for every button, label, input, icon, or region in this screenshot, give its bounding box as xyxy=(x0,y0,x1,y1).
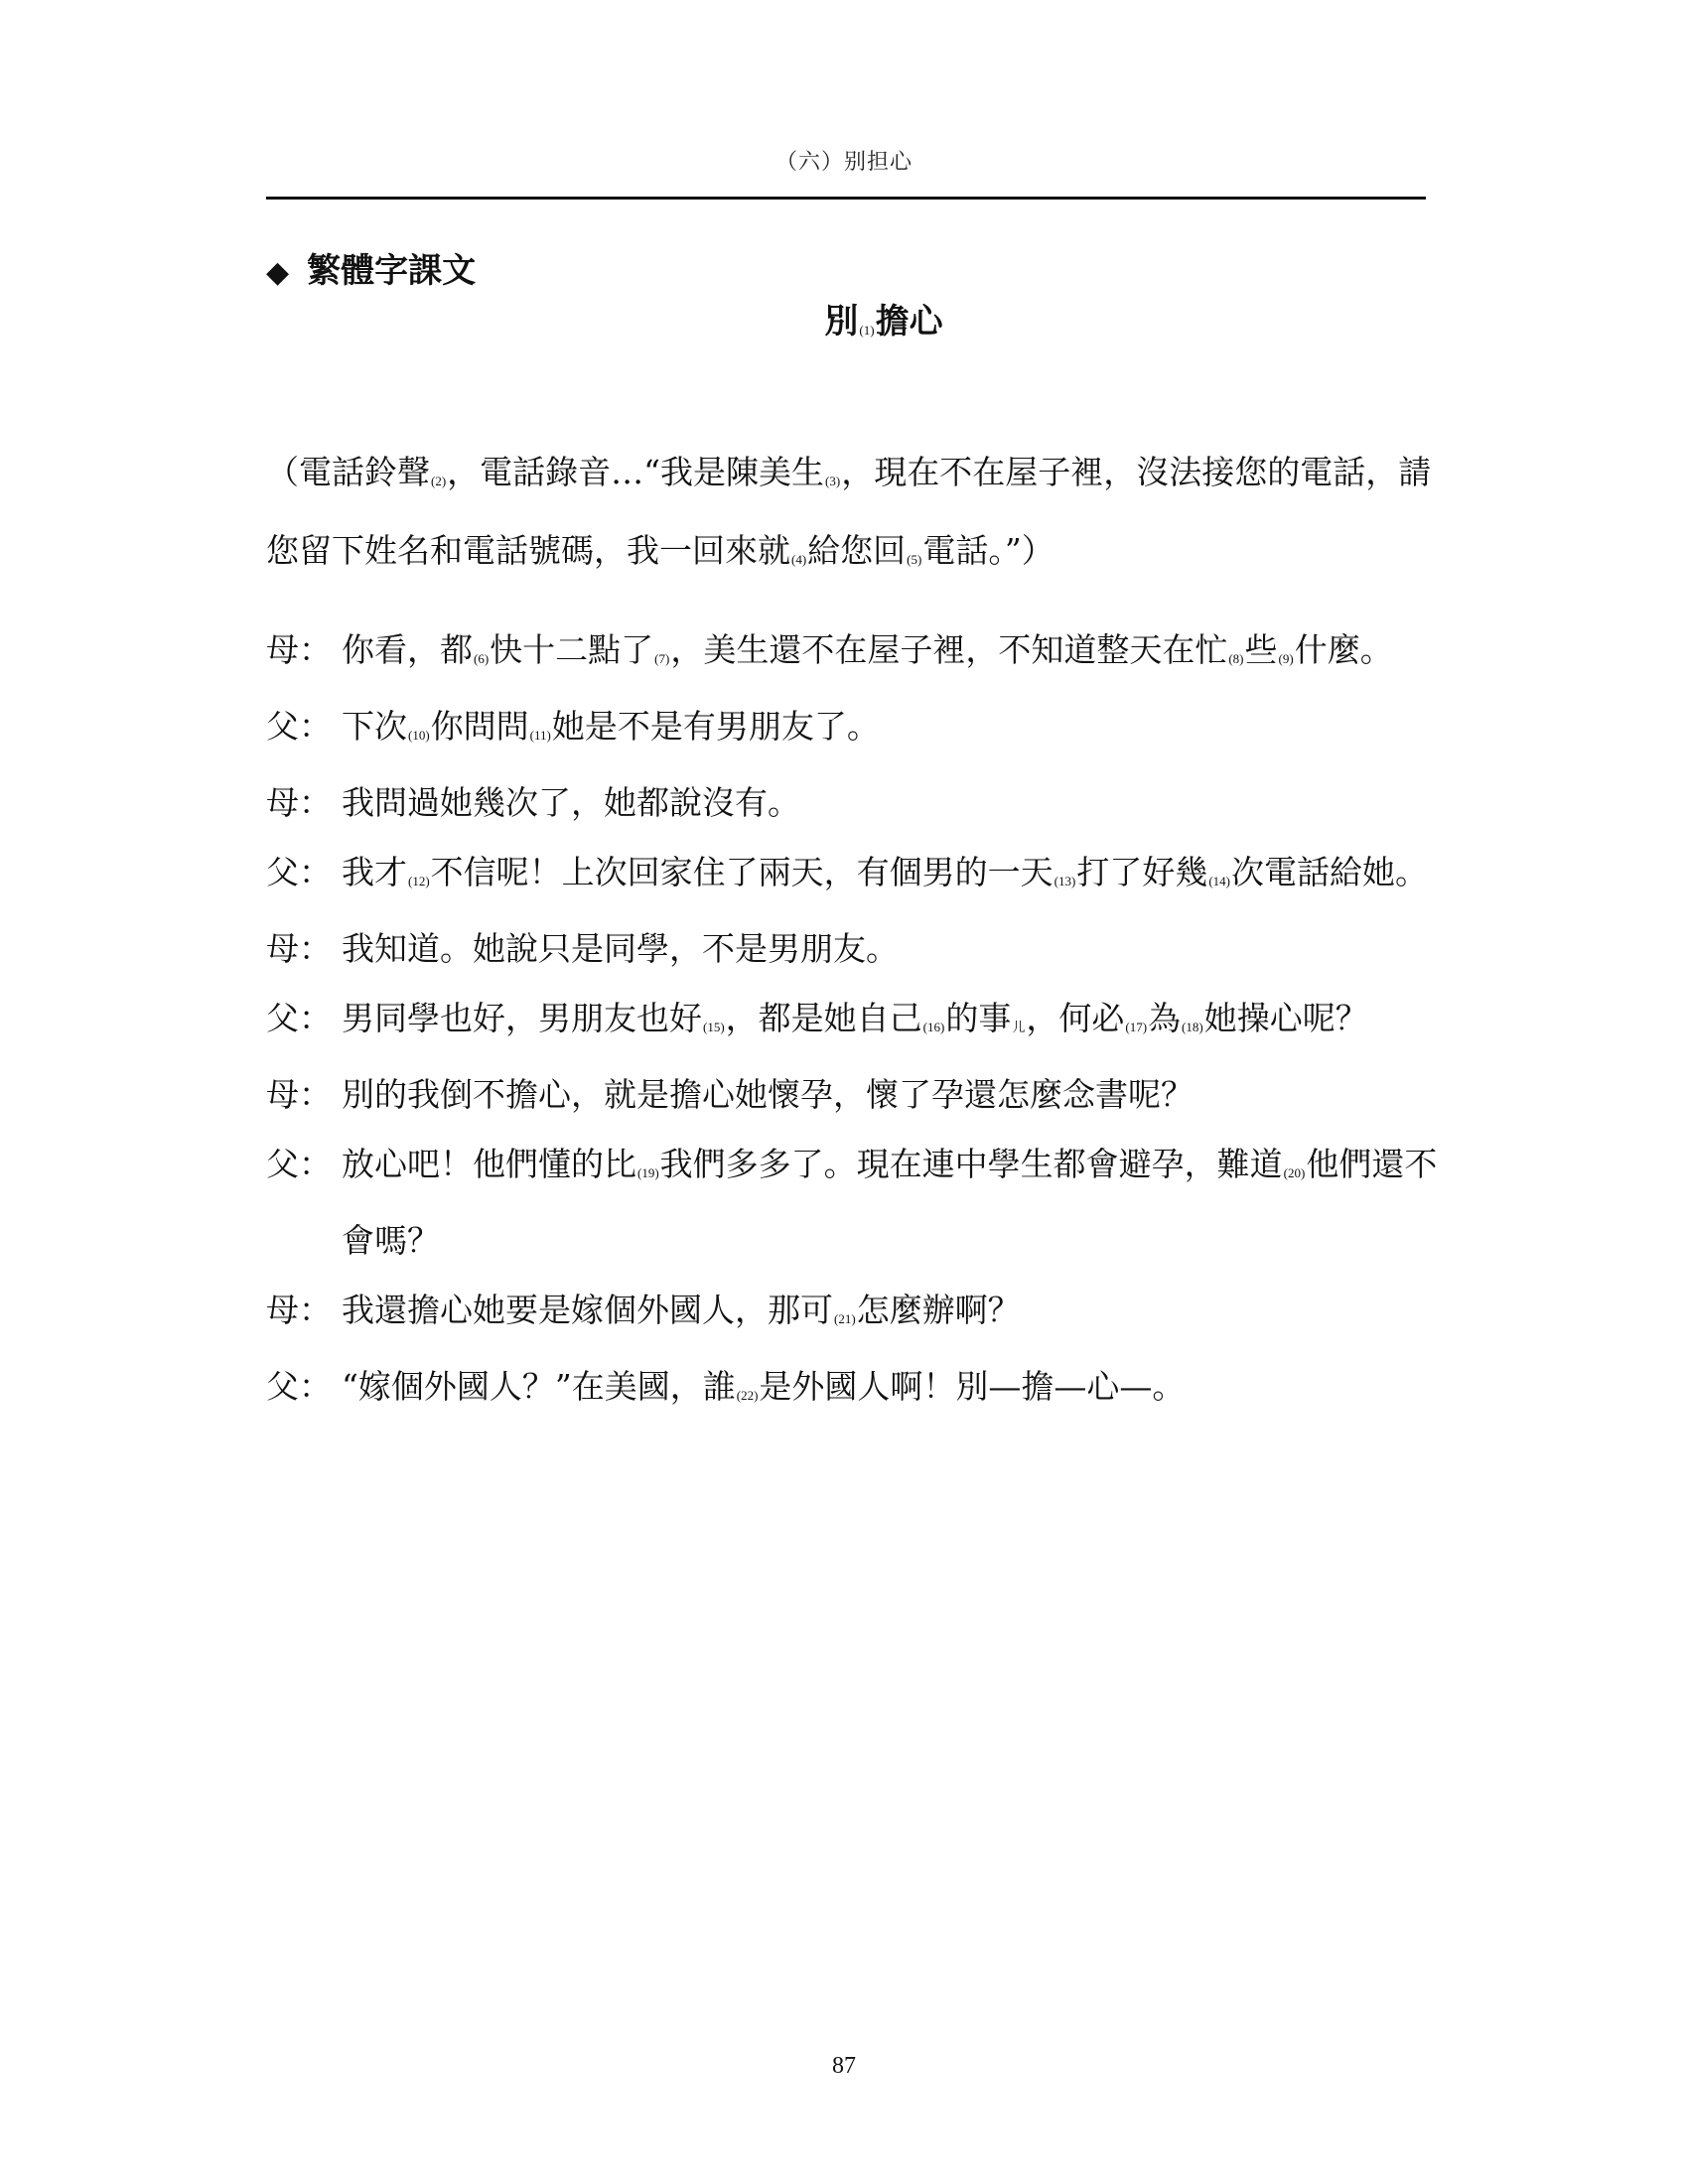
text-segment: 怎麼辦啊？ xyxy=(857,1291,1021,1329)
dialogue-line: 母：我問過她幾次了，她都說沒有。 xyxy=(266,768,1438,838)
speech-text: 別的我倒不擔心，就是擔心她懷孕，懷了孕還怎麼念書呢？ xyxy=(342,1060,1438,1130)
footnote-marker: (1) xyxy=(859,323,874,338)
footnote-marker: (12) xyxy=(408,874,430,888)
footnote-marker: (13) xyxy=(1055,874,1076,888)
speaker-label: 母： xyxy=(266,1276,342,1352)
text-segment: “嫁個外國人？”在美國，誰 xyxy=(342,1367,736,1406)
lesson-title: 別(1)擔心 xyxy=(0,294,1688,342)
text-segment: 些 xyxy=(1245,630,1278,669)
footnote-marker: (7) xyxy=(654,651,669,666)
text-segment: 次電話給她。 xyxy=(1231,853,1428,891)
dialogue-line: 父：男同學也好，男朋友也好(15)，都是她自己(16)的事儿，何必(17)為(1… xyxy=(266,984,1438,1060)
text-segment: 我才 xyxy=(342,853,407,891)
text-segment: 我們多多了。現在連中學生都會避孕，難道 xyxy=(660,1145,1283,1183)
text-segment: 什麼。 xyxy=(1295,630,1393,669)
text-segment: 我還擔心她要是嫁個外國人，那可 xyxy=(342,1291,833,1329)
dialogue-line: 母：我還擔心她要是嫁個外國人，那可(21)怎麼辦啊？ xyxy=(266,1276,1438,1352)
text-segment: （電話鈴聲 xyxy=(266,453,430,491)
footnote-marker: (22) xyxy=(737,1388,759,1403)
text-segment: 不信呢！上次回家住了兩天，有個男的一天 xyxy=(431,853,1054,891)
text-segment: 她是不是有男朋友了。 xyxy=(552,707,880,746)
text-segment: 是外國人啊！別—擔—心—。 xyxy=(759,1367,1185,1406)
intro-paragraph: （電話鈴聲(2)，電話錄音…“我是陳美生(3)，現在不在屋子裡，沒法接您的電話，… xyxy=(266,437,1438,594)
footnote-marker: (8) xyxy=(1228,651,1243,666)
footnote-marker: (14) xyxy=(1208,874,1230,888)
dialogue: 母：你看，都(6)快十二點了(7)，美生還不在屋子裡，不知道整天在忙(8)些(9… xyxy=(266,615,1438,1429)
text-segment: 為 xyxy=(1148,999,1181,1037)
footnote-marker: 儿 xyxy=(1012,1020,1025,1034)
speech-text: 我問過她幾次了，她都說沒有。 xyxy=(342,768,1438,838)
text-segment: 放心吧！他們懂的比 xyxy=(342,1145,636,1183)
dialogue-line: 父：放心吧！他們懂的比(19)我們多多了。現在連中學生都會避孕，難道(20)他們… xyxy=(266,1130,1438,1276)
dialogue-line: 父：我才(12)不信呢！上次回家住了兩天，有個男的一天(13)打了好幾(14)次… xyxy=(266,838,1438,914)
dialogue-line: 母：別的我倒不擔心，就是擔心她懷孕，懷了孕還怎麼念書呢？ xyxy=(266,1060,1438,1130)
footnote-marker: (6) xyxy=(474,651,489,666)
speaker-label: 母： xyxy=(266,1060,342,1130)
footnote-marker: (18) xyxy=(1182,1020,1203,1034)
footnote-marker: (11) xyxy=(530,728,551,743)
text-segment: ，電話錄音…“我是陳美生 xyxy=(447,453,824,491)
footnote-marker: (17) xyxy=(1125,1020,1147,1034)
speech-text: 放心吧！他們懂的比(19)我們多多了。現在連中學生都會避孕，難道(20)他們還不… xyxy=(342,1130,1438,1276)
speech-text: 我還擔心她要是嫁個外國人，那可(21)怎麼辦啊？ xyxy=(342,1276,1438,1352)
page-number: 87 xyxy=(0,2053,1688,2080)
speaker-label: 父： xyxy=(266,692,342,768)
lesson-title-part1: 別 xyxy=(824,302,858,341)
speech-text: 你看，都(6)快十二點了(7)，美生還不在屋子裡，不知道整天在忙(8)些(9)什… xyxy=(342,615,1438,692)
section-title: 繁體字課文 xyxy=(307,251,476,291)
text-segment: ，都是她自己 xyxy=(726,999,922,1037)
speech-text: 男同學也好，男朋友也好(15)，都是她自己(16)的事儿，何必(17)為(18)… xyxy=(342,984,1438,1060)
footnote-marker: (19) xyxy=(637,1165,659,1180)
speech-text: 下次(10)你問問(11)她是不是有男朋友了。 xyxy=(342,692,1438,768)
text-segment: 她操心呢？ xyxy=(1204,999,1368,1037)
footnote-marker: (3) xyxy=(825,474,840,488)
speaker-label: 母： xyxy=(266,615,342,692)
dialogue-line: 母：我知道。她說只是同學，不是男朋友。 xyxy=(266,914,1438,984)
text-segment: 電話。”） xyxy=(922,531,1054,570)
dialogue-line: 父：下次(10)你問問(11)她是不是有男朋友了。 xyxy=(266,692,1438,768)
footnote-marker: (20) xyxy=(1284,1165,1306,1180)
text-segment: 我知道。她說只是同學，不是男朋友。 xyxy=(342,929,899,968)
text-segment: 給您回 xyxy=(807,531,906,570)
speaker-label: 父： xyxy=(266,1352,342,1429)
text-segment: ，美生還不在屋子裡，不知道整天在忙 xyxy=(670,630,1227,669)
dialogue-line: 母：你看，都(6)快十二點了(7)，美生還不在屋子裡，不知道整天在忙(8)些(9… xyxy=(266,615,1438,692)
speaker-label: 母： xyxy=(266,768,342,838)
section-heading: ◆繁體字課文 xyxy=(266,243,476,292)
speaker-label: 父： xyxy=(266,984,342,1060)
text-segment: ，何必 xyxy=(1026,999,1124,1037)
dialogue-line: 父：“嫁個外國人？”在美國，誰(22)是外國人啊！別—擔—心—。 xyxy=(266,1352,1438,1429)
diamond-bullet-icon: ◆ xyxy=(266,255,289,290)
text-segment: 我問過她幾次了，她都說沒有。 xyxy=(342,783,800,822)
footnote-marker: (2) xyxy=(431,474,446,488)
speaker-label: 父： xyxy=(266,838,342,914)
speaker-label: 母： xyxy=(266,914,342,984)
speech-text: 我才(12)不信呢！上次回家住了兩天，有個男的一天(13)打了好幾(14)次電話… xyxy=(342,838,1438,914)
speech-text: “嫁個外國人？”在美國，誰(22)是外國人啊！別—擔—心—。 xyxy=(342,1352,1438,1429)
speech-text: 我知道。她說只是同學，不是男朋友。 xyxy=(342,914,1438,984)
text-segment: 男同學也好，男朋友也好 xyxy=(342,999,702,1037)
footnote-marker: (21) xyxy=(834,1311,856,1326)
text-segment: 你問問 xyxy=(431,707,529,746)
footnote-marker: (10) xyxy=(408,728,430,743)
text-segment: 打了好幾 xyxy=(1076,853,1207,891)
footnote-marker: (9) xyxy=(1279,651,1294,666)
footnote-marker: (16) xyxy=(923,1020,945,1034)
text-segment: 的事 xyxy=(945,999,1011,1037)
footnote-marker: (5) xyxy=(907,552,921,567)
text-segment: 下次 xyxy=(342,707,407,746)
footnote-marker: (15) xyxy=(703,1020,725,1034)
text-segment: 別的我倒不擔心，就是擔心她懷孕，懷了孕還怎麼念書呢？ xyxy=(342,1075,1194,1114)
text-segment: 快十二點了 xyxy=(490,630,653,669)
footnote-marker: (4) xyxy=(791,552,806,567)
lesson-title-part2: 擔心 xyxy=(876,302,943,341)
header-rule xyxy=(266,197,1426,200)
speaker-label: 父： xyxy=(266,1130,342,1276)
text-segment: 你看，都 xyxy=(342,630,473,669)
running-head: （六）别担心 xyxy=(0,145,1688,176)
